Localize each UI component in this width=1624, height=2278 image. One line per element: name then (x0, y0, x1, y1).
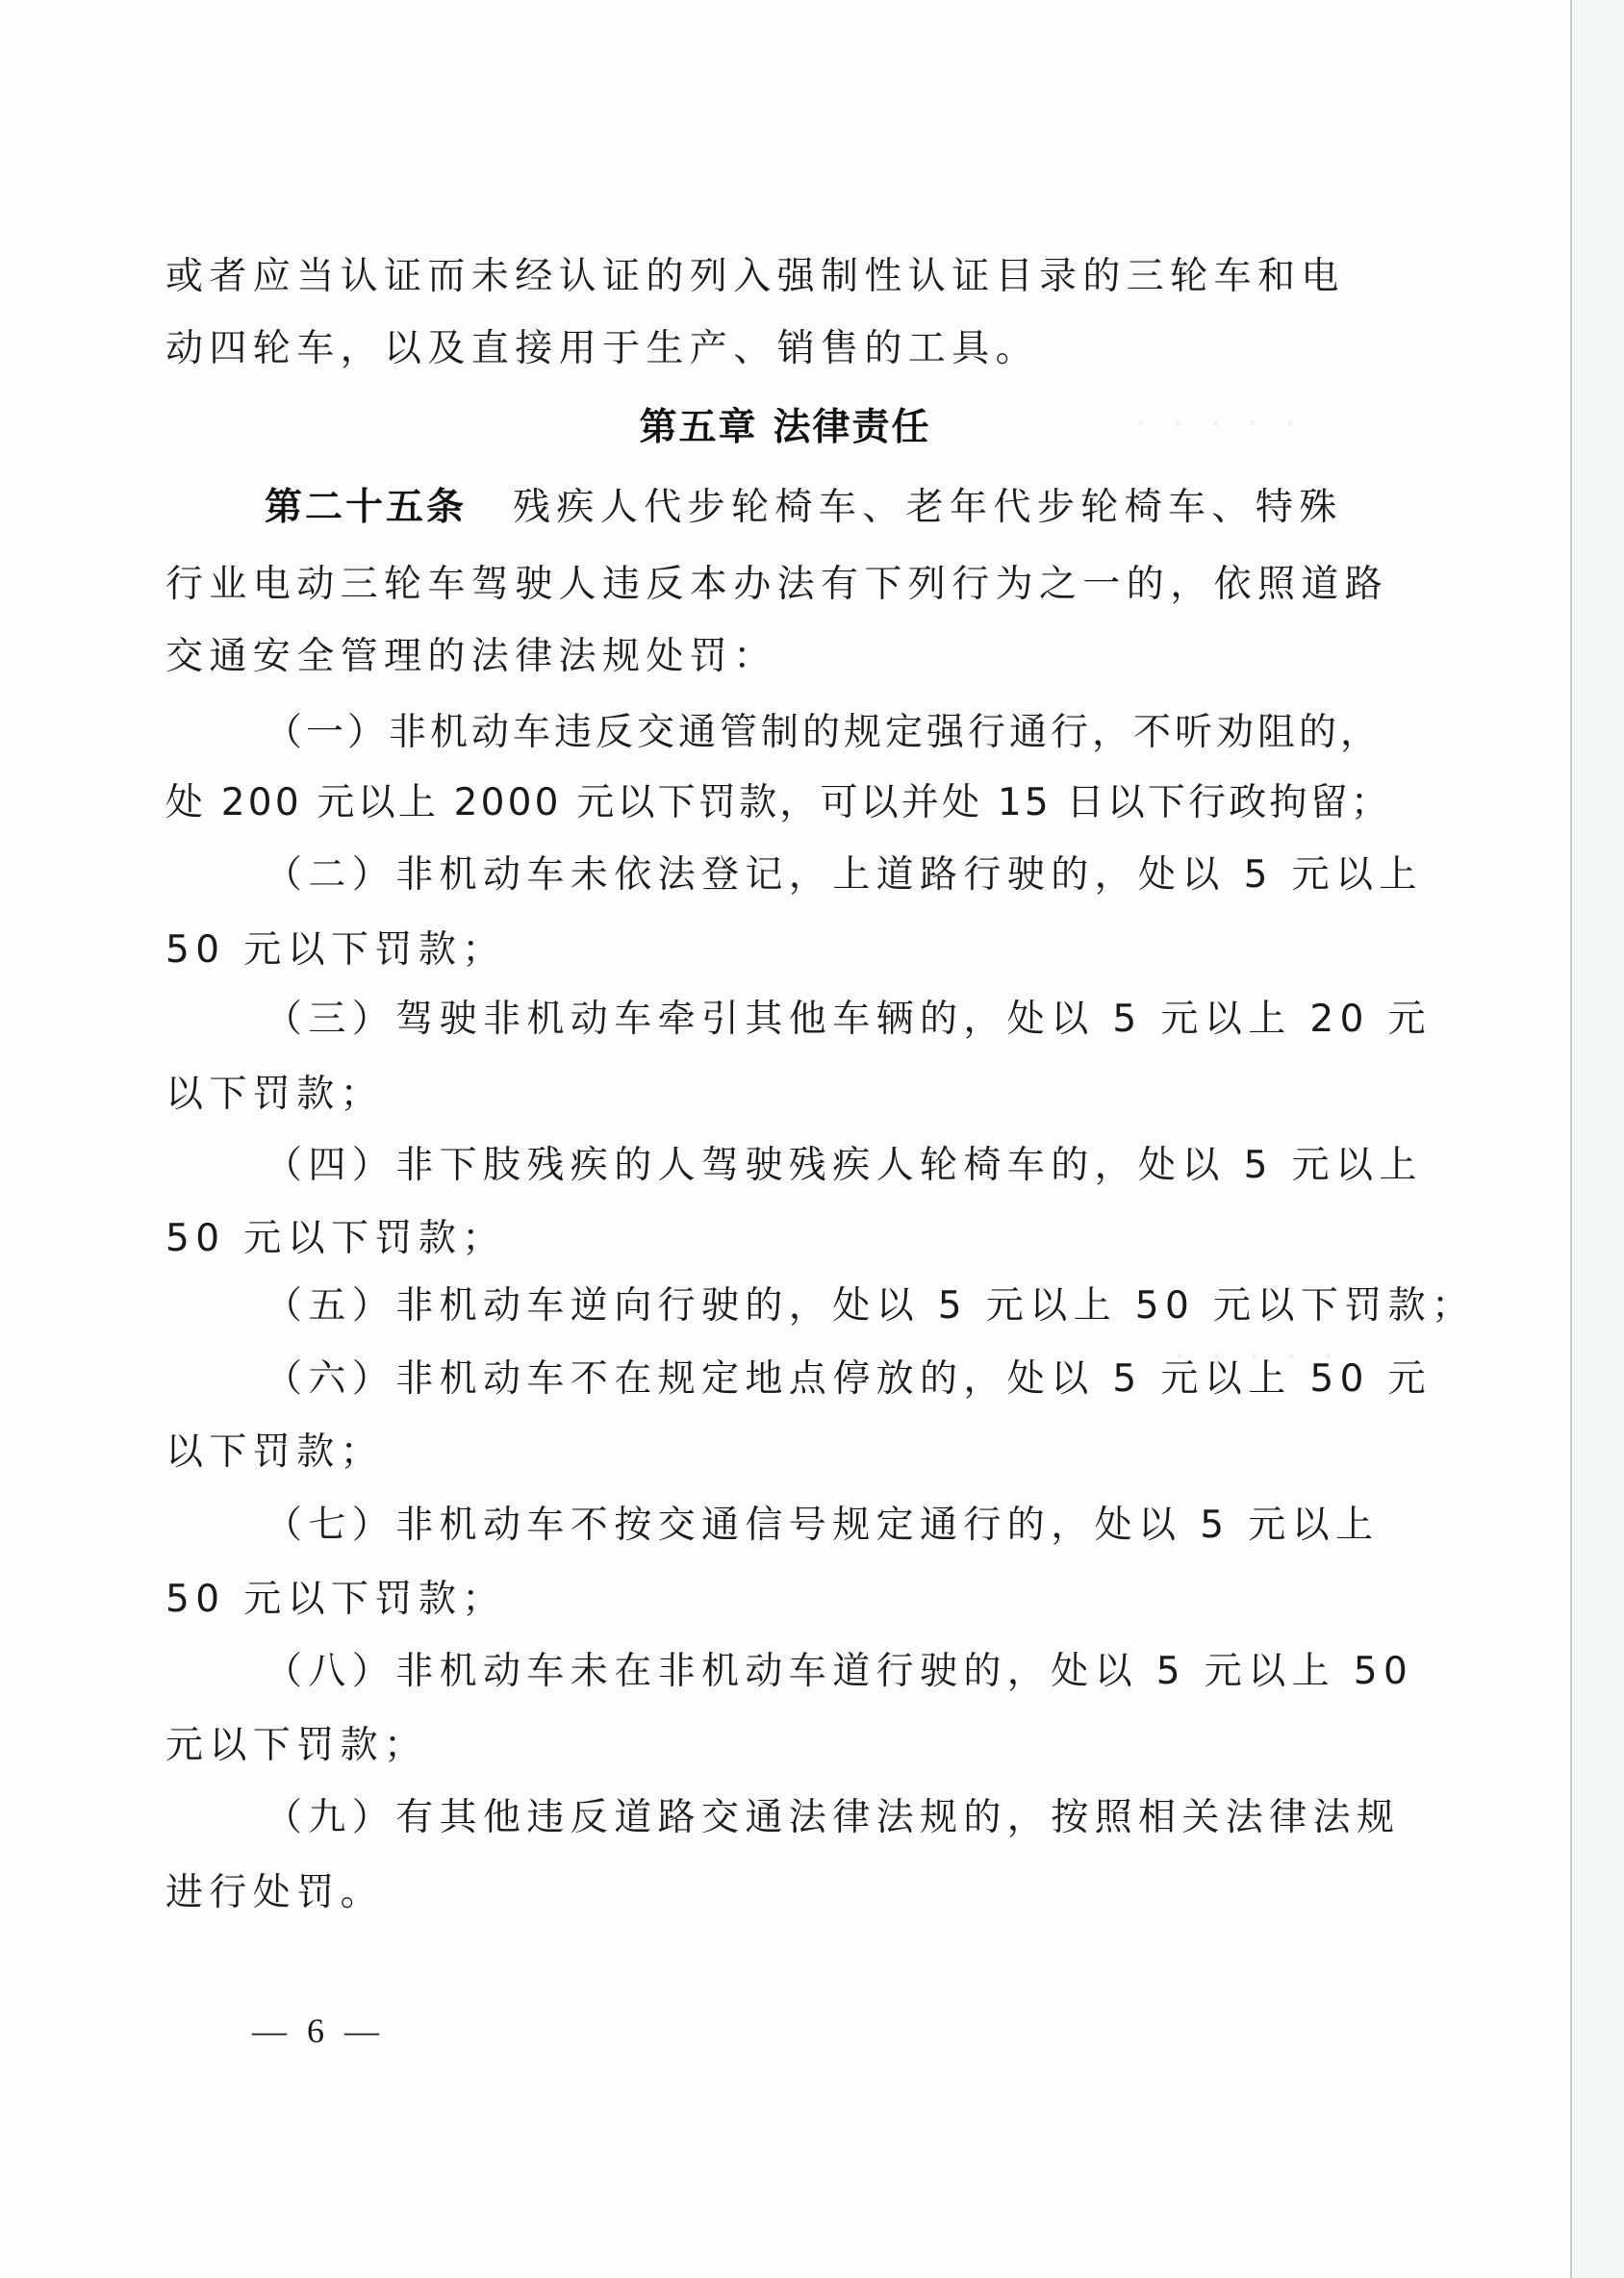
item-line: （六）非机动车不在规定地点停放的，处以 5 元以上 50 元 (265, 1360, 1432, 1398)
item-line: 进行处罚。 (165, 1874, 384, 1911)
body-line: 或者应当认证而未经认证的列入强制性认证目录的三轮车和电 (165, 258, 1345, 295)
item-line: （三）驾驶非机动车牵引其他车辆的，处以 5 元以上 20 元 (265, 1000, 1432, 1038)
item-line: 处 200 元以上 2000 元以下罚款，可以并处 15 日以下行政拘留； (165, 784, 1391, 822)
item-line: （九）有其他违反道路交通法律法规的，按照相关法律法规 (265, 1799, 1400, 1836)
scanned-page: · · · · · · · · · · 或者应当认证而未经认证的列入强制性认证目… (0, 0, 1572, 2278)
chapter-number: 第五章 (639, 406, 757, 449)
scan-margin (1572, 0, 1624, 2278)
item-line: （四）非下肢残疾的人驾驶残疾人轮椅车的，处以 5 元以上 (265, 1147, 1423, 1184)
item-line: 元以下罚款； (165, 1727, 427, 1764)
chapter-heading: 第五章法律责任 (0, 409, 1570, 446)
body-line: 动四轮车，以及直接用于生产、销售的工具。 (165, 330, 1039, 367)
item-line: （八）非机动车未在非机动车道行驶的，处以 5 元以上 50 (265, 1653, 1413, 1690)
item-line: 50 元以下罚款； (165, 931, 506, 969)
item-line: 以下罚款； (165, 1433, 384, 1471)
item-line: 50 元以下罚款； (165, 1220, 506, 1257)
body-line: 行业电动三轮车驾驶人违反本办法有下列行为之一的，依照道路 (165, 566, 1388, 603)
article-number: 第二十五条 (265, 486, 467, 529)
article-first-line: 第二十五条残疾人代步轮椅车、老年代步轮椅车、特殊 (265, 489, 1343, 526)
item-line: 以下罚款； (165, 1076, 384, 1113)
item-line: （七）非机动车不按交通信号规定通行的，处以 5 元以上 (265, 1506, 1379, 1544)
item-line: （一）非机动车违反交通管制的规定强行通行，不听劝阻的， (265, 714, 1382, 751)
article-text: 残疾人代步轮椅车、老年代步轮椅车、特殊 (513, 486, 1343, 529)
item-line: 50 元以下罚款； (165, 1581, 506, 1618)
item-line: （五）非机动车逆向行驶的，处以 5 元以上 50 元以下罚款； (265, 1287, 1475, 1325)
body-line: 交通安全管理的法律法规处罚： (165, 638, 777, 675)
chapter-title: 法律责任 (774, 406, 931, 449)
item-line: （二）非机动车未依法登记，上道路行驶的，处以 5 元以上 (265, 856, 1423, 894)
page-number: — 6 — (252, 2011, 385, 2051)
